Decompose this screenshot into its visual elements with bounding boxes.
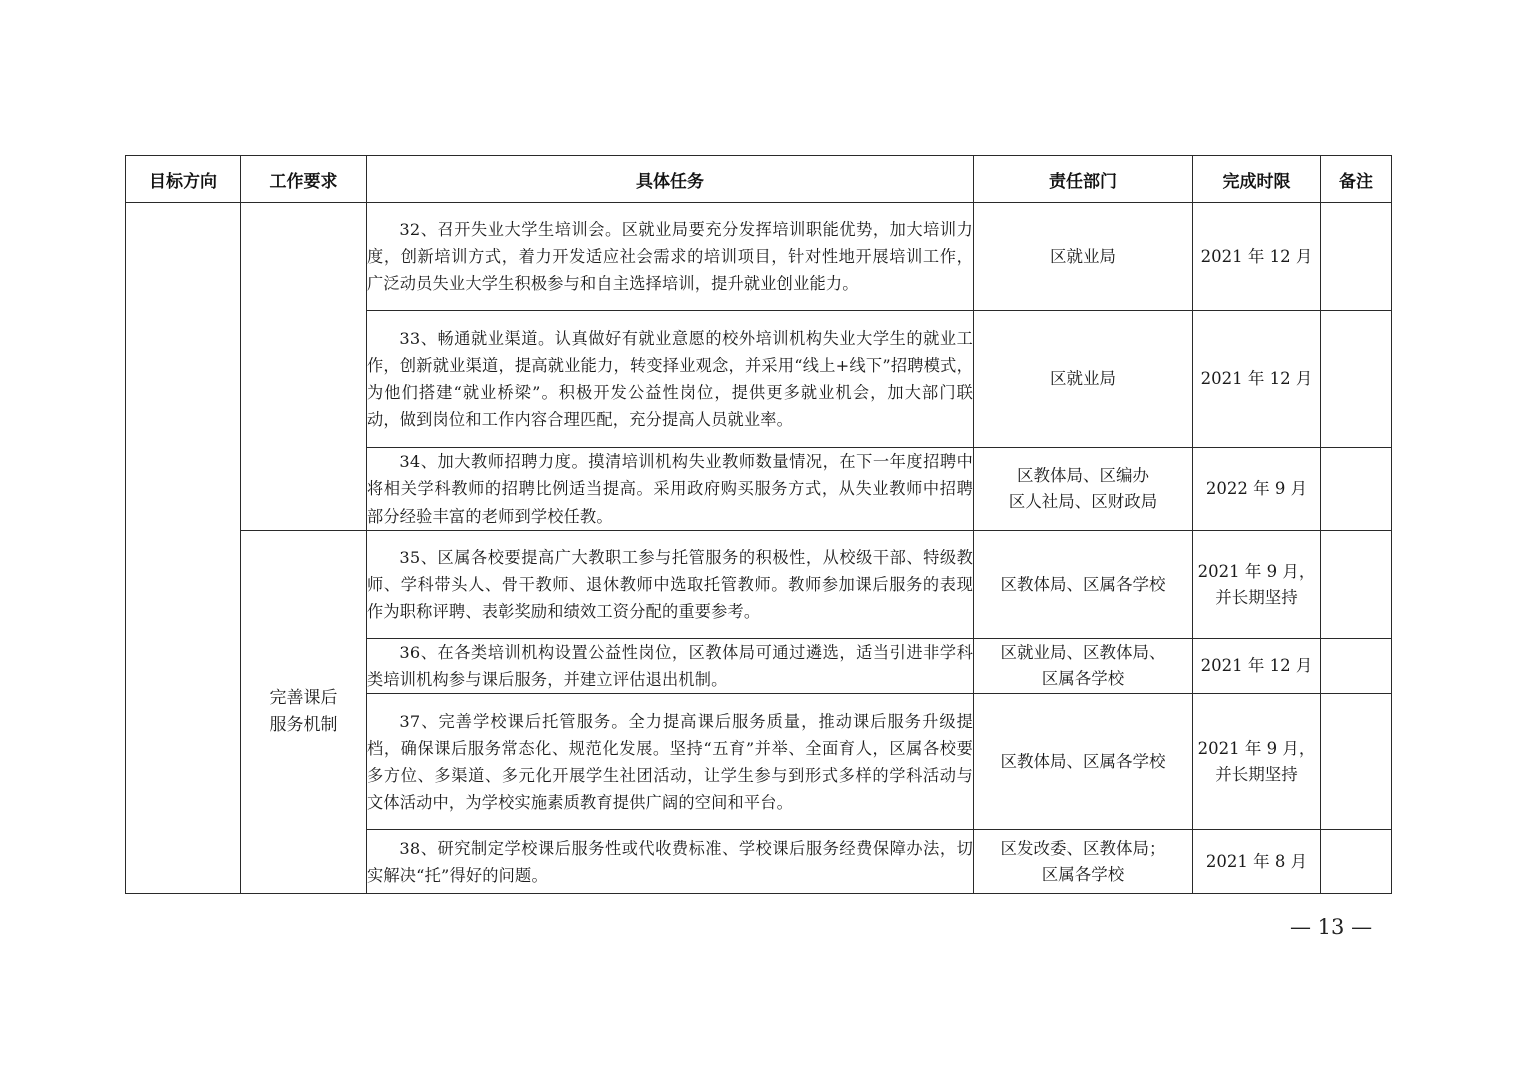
task-text: 33、畅通就业渠道。认真做好有就业意愿的校外培训机构失业大学生的就业工作，创新就… <box>367 325 973 434</box>
remark-cell <box>1321 830 1392 894</box>
task-text: 32、召开失业大学生培训会。区就业局要充分发挥培训职能优势，加大培训力度，创新培… <box>367 216 973 298</box>
department-cell: 区教体局、区编办 区人社局、区财政局 <box>974 448 1193 531</box>
page-number: — 13 — <box>1290 915 1372 939</box>
table-header-row: 目标方向 工作要求 具体任务 责任部门 完成时限 备注 <box>126 156 1392 203</box>
task-text: 38、研究制定学校课后服务性或代收费标准、学校课后服务经费保障办法，切实解决“托… <box>367 835 973 889</box>
task-cell: 33、畅通就业渠道。认真做好有就业意愿的校外培训机构失业大学生的就业工作，创新就… <box>367 311 974 448</box>
remark-cell <box>1321 639 1392 694</box>
task-cell: 34、加大教师招聘力度。摸清培训机构失业教师数量情况，在下一年度招聘中将相关学科… <box>367 448 974 531</box>
header-department: 责任部门 <box>974 156 1193 203</box>
header-requirement: 工作要求 <box>241 156 367 203</box>
deadline-cell: 2021 年 9 月， 并长期坚持 <box>1193 531 1321 639</box>
remark-cell <box>1321 203 1392 311</box>
department-cell: 区就业局、区教体局、 区属各学校 <box>974 639 1193 694</box>
deadline-cell: 2021 年 12 月 <box>1193 639 1321 694</box>
deadline-cell: 2021 年 8 月 <box>1193 830 1321 894</box>
remark-cell <box>1321 694 1392 830</box>
task-text: 34、加大教师招聘力度。摸清培训机构失业教师数量情况，在下一年度招聘中将相关学科… <box>367 448 973 530</box>
header-direction: 目标方向 <box>126 156 241 203</box>
task-text: 35、区属各校要提高广大教职工参与托管服务的积极性，从校级干部、特级教师、学科带… <box>367 544 973 626</box>
deadline-cell: 2021 年 9 月， 并长期坚持 <box>1193 694 1321 830</box>
deadline-cell: 2022 年 9 月 <box>1193 448 1321 531</box>
table-row: 32、召开失业大学生培训会。区就业局要充分发挥培训职能优势，加大培训力度，创新培… <box>126 203 1392 311</box>
department-cell: 区发改委、区教体局； 区属各学校 <box>974 830 1193 894</box>
department-cell: 区就业局 <box>974 203 1193 311</box>
task-cell: 38、研究制定学校课后服务性或代收费标准、学校课后服务经费保障办法，切实解决“托… <box>367 830 974 894</box>
task-cell: 35、区属各校要提高广大教职工参与托管服务的积极性，从校级干部、特级教师、学科带… <box>367 531 974 639</box>
task-text: 37、完善学校课后托管服务。全力提高课后服务质量，推动课后服务升级提档，确保课后… <box>367 708 973 817</box>
remark-cell <box>1321 311 1392 448</box>
task-text: 36、在各类培训机构设置公益性岗位，区教体局可通过遴选，适当引进非学科类培训机构… <box>367 639 973 693</box>
requirement-cell: 完善课后 服务机制 <box>241 531 367 894</box>
task-cell: 32、召开失业大学生培训会。区就业局要充分发挥培训职能优势，加大培训力度，创新培… <box>367 203 974 311</box>
task-cell: 37、完善学校课后托管服务。全力提高课后服务质量，推动课后服务升级提档，确保课后… <box>367 694 974 830</box>
direction-cell <box>126 203 241 894</box>
remark-cell <box>1321 531 1392 639</box>
table-row: 完善课后 服务机制 35、区属各校要提高广大教职工参与托管服务的积极性，从校级干… <box>126 531 1392 639</box>
deadline-cell: 2021 年 12 月 <box>1193 311 1321 448</box>
department-cell: 区教体局、区属各学校 <box>974 531 1193 639</box>
header-task: 具体任务 <box>367 156 974 203</box>
task-table: 目标方向 工作要求 具体任务 责任部门 完成时限 备注 32、召开失业大学生培训… <box>125 155 1392 894</box>
header-deadline: 完成时限 <box>1193 156 1321 203</box>
department-cell: 区就业局 <box>974 311 1193 448</box>
department-cell: 区教体局、区属各学校 <box>974 694 1193 830</box>
deadline-cell: 2021 年 12 月 <box>1193 203 1321 311</box>
header-remark: 备注 <box>1321 156 1392 203</box>
requirement-cell <box>241 203 367 531</box>
task-cell: 36、在各类培训机构设置公益性岗位，区教体局可通过遴选，适当引进非学科类培训机构… <box>367 639 974 694</box>
remark-cell <box>1321 448 1392 531</box>
